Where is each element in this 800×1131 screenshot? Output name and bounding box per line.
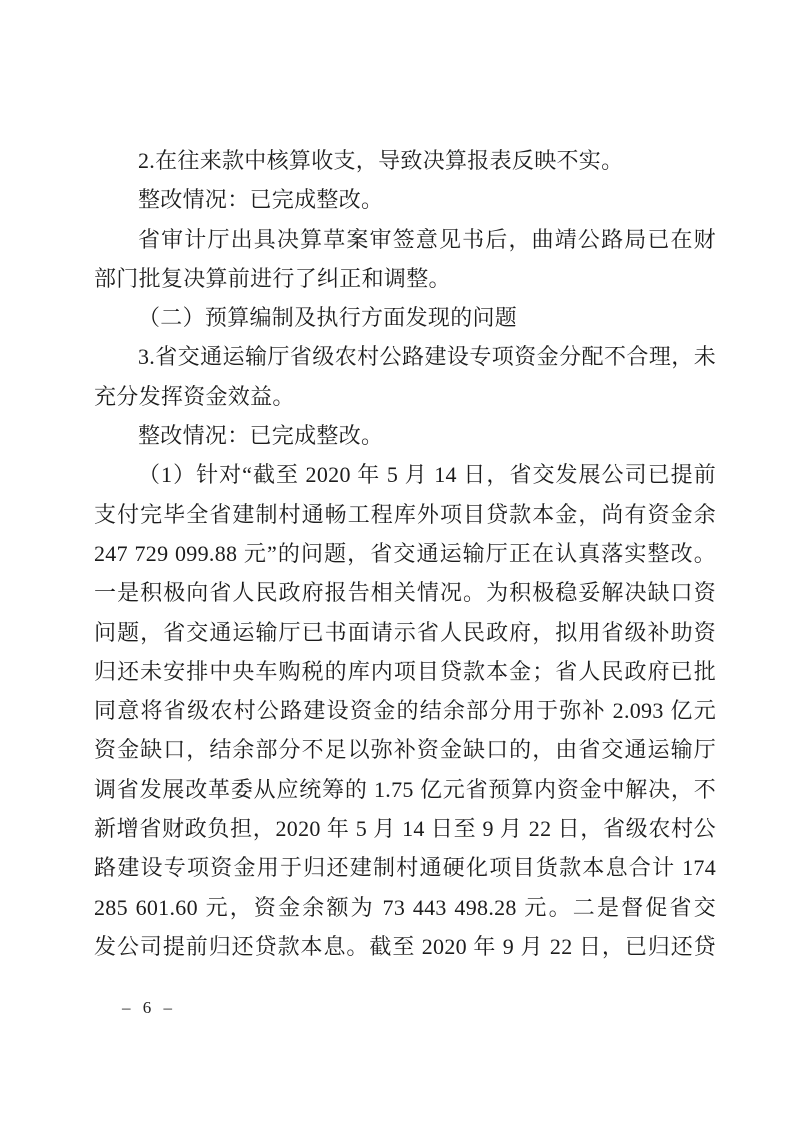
- document-body-text: 2.在往来款中核算收支，导致决算报表反映不实。 整改情况：已完成整改。 省审计厅…: [94, 141, 716, 966]
- text-line: 发公司提前归还贷款本息。截至 2020 年 9 月 22 日，已归还贷款: [94, 927, 716, 966]
- text-line: 同意将省级农村公路建设资金的结余部分用于弥补 2.093 亿元: [94, 691, 716, 730]
- text-line: 问题，省交通运输厅已书面请示省人民政府，拟用省级补助资金: [94, 613, 716, 652]
- text-line: 285 601.60 元，资金余额为 73 443 498.28 元。二是督促省…: [94, 888, 716, 927]
- text-line: 部门批复决算前进行了纠正和调整。: [94, 259, 716, 298]
- text-line: 路建设专项资金用于归还建制村通硬化项目货款本息合计 174: [94, 848, 716, 887]
- text-line: 资金缺口，结余部分不足以弥补资金缺口的，由省交通运输厅协: [94, 730, 716, 769]
- text-line: 247 729 099.88 元”的问题，省交通运输厅正在认真落实整改。: [94, 534, 716, 573]
- text-line: 新增省财政负担，2020 年 5 月 14 日至 9 月 22 日，省级农村公: [94, 809, 716, 848]
- text-line: 3.省交通运输厅省级农村公路建设专项资金分配不合理，未: [94, 337, 716, 376]
- text-line: 省审计厅出具决算草案审签意见书后，曲靖公路局已在财政: [94, 220, 716, 259]
- text-line: （1）针对“截至 2020 年 5 月 14 日，省交发展公司已提前: [94, 455, 716, 494]
- text-line: 整改情况：已完成整改。: [94, 416, 716, 455]
- page-number: – 6 –: [122, 998, 176, 1018]
- text-line: 支付完毕全省建制村通畅工程库外项目贷款本金，尚有资金余额: [94, 495, 716, 534]
- section-heading: （二）预算编制及执行方面发现的问题: [94, 298, 716, 337]
- text-line: 2.在往来款中核算收支，导致决算报表反映不实。: [94, 141, 716, 180]
- document-page: 2.在往来款中核算收支，导致决算报表反映不实。 整改情况：已完成整改。 省审计厅…: [0, 0, 800, 1131]
- text-line: 一是积极向省人民政府报告相关情况。为积极稳妥解决缺口资金: [94, 573, 716, 612]
- text-line: 充分发挥资金效益。: [94, 377, 716, 416]
- text-line: 调省发展改革委从应统筹的 1.75 亿元省预算内资金中解决，不: [94, 770, 716, 809]
- text-line: 整改情况：已完成整改。: [94, 180, 716, 219]
- text-line: 归还未安排中央车购税的库内项目贷款本金；省人民政府已批复: [94, 652, 716, 691]
